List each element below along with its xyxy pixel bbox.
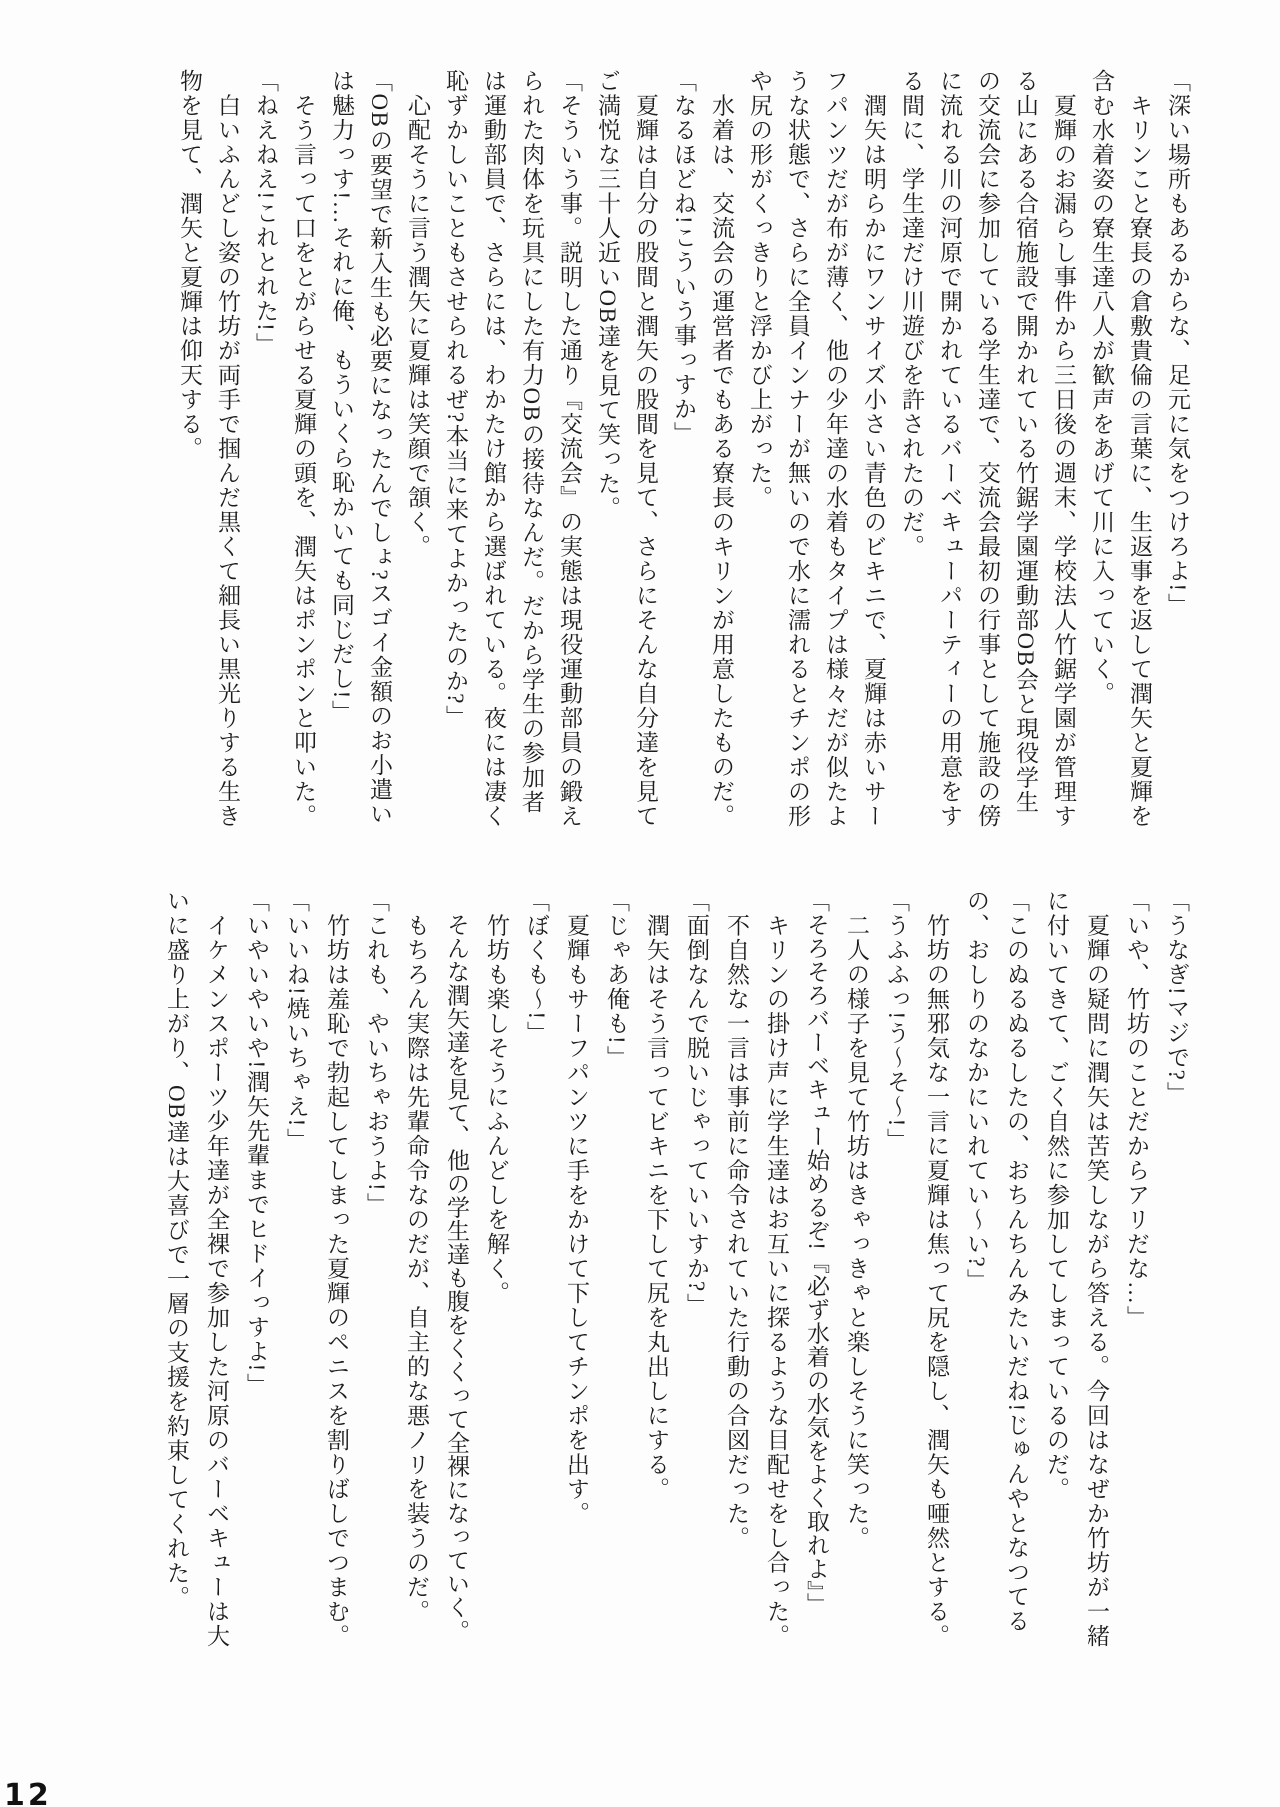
paragraph: 潤矢はそう言ってビキニを下して尻を丸出しにする。 — [636, 889, 676, 1652]
paragraph: 「なるほどね!こういう事っすか」 — [664, 69, 702, 832]
novel-page: 「深い場所もあるからな、足元に気をつけろよ!」 キリンこと寮長の倉敷貴倫の言葉に… — [0, 0, 1280, 1807]
paragraph: 夏輝は自分の股間と潤矢の股間を見て、さらにそんな自分達を見てご満悦な三十人近いO… — [588, 69, 664, 832]
paragraph: 「うなぎ!マジで?」 — [1156, 889, 1196, 1652]
paragraph: 潤矢は明らかにワンサイズ小さい青色のビキニで、夏輝は赤いサーフパンツだが布が薄く… — [740, 69, 892, 832]
paragraph: 「いや、竹坊のことだからアリだな…」 — [1116, 889, 1156, 1652]
paragraph: 夏輝もサーフパンツに手をかけて下してチンポを出す。 — [556, 889, 596, 1652]
paragraph: 「うふふっ!う〜そ〜!」 — [876, 889, 916, 1652]
paragraph: 「そろそろバーベキュー始めるぞ!『必ず水着の水気をよく取れよ』」 — [796, 889, 836, 1652]
paragraph: 「ぼくも〜!」 — [516, 889, 556, 1652]
paragraph: 「これも、やいちゃおうよ!」 — [356, 889, 396, 1652]
paragraph: 二人の様子を見て竹坊はきゃっきゃと楽しそうに笑った。 — [836, 889, 876, 1652]
paragraph: そんな潤矢達を見て、他の学生達も腹をくくって全裸になっていく。 — [436, 889, 476, 1652]
paragraph: 水着は、交流会の運営者でもある寮長のキリンが用意したものだ。 — [702, 69, 740, 832]
paragraph: 「このぬるぬるしたの、おちんちんみたいだね!じゅんやとなつてるの、おしりのなかに… — [956, 889, 1036, 1652]
paragraph: キリンこと寮長の倉敷貴倫の言葉に、生返事を返して潤矢と夏輝を含む水着姿の寮生達八… — [1082, 69, 1158, 832]
paragraph: もちろん実際は先輩命令なのだが、自主的な悪ノリを装うのだ。 — [396, 889, 436, 1652]
paragraph: 不自然な一言は事前に命令されていた行動の合図だった。 — [716, 889, 756, 1652]
paragraph: 心配そうに言う潤矢に夏輝は笑顔で頷く。 — [398, 69, 436, 832]
paragraph: 「ねえねえ!これとれた!」 — [246, 69, 284, 832]
page-number: 12 — [4, 1778, 52, 1807]
paragraph: 「面倒なんで脱いじゃっていいすか?」 — [676, 889, 716, 1652]
paragraph: 「そういう事。説明した通り『交流会』の実態は現役運動部員の鍛えられた肉体を玩具に… — [436, 69, 588, 832]
paragraph: 白いふんどし姿の竹坊が両手で掴んだ黒くて細長い黒光りする生き物を見て、潤矢と夏輝… — [170, 69, 246, 832]
paragraph: 「深い場所もあるからな、足元に気をつけろよ!」 — [1158, 69, 1196, 832]
paragraph: 「OBの要望で新入生も必要になったんでしょ?スゴイ金額のお小遣いは魅力っす!…そ… — [322, 69, 398, 832]
text-block-bottom: 「うなぎ!マジで?」 「いや、竹坊のことだからアリだな…」 夏輝の疑問に潤矢は苦… — [156, 889, 1196, 1652]
paragraph: 竹坊は羞恥で勃起してしまった夏輝のペニスを割りばしでつまむ。 — [316, 889, 356, 1652]
paragraph: 「いやいやいや!潤矢先輩までヒドイっすよ!」 — [236, 889, 276, 1652]
paragraph: 竹坊も楽しそうにふんどしを解く。 — [476, 889, 516, 1652]
paragraph: キリンの掛け声に学生達はお互いに探るような目配せをし合った。 — [756, 889, 796, 1652]
paragraph: 夏輝のお漏らし事件から三日後の週末、学校法人竹鋸学園が管理する山にある合宿施設で… — [892, 69, 1082, 832]
paragraph: 「じゃあ俺も!」 — [596, 889, 636, 1652]
paragraph: 竹坊の無邪気な一言に夏輝は焦って尻を隠し、潤矢も唖然とする。 — [916, 889, 956, 1652]
paragraph: イケメンスポーツ少年達が全裸で参加した河原のバーベキューは大いに盛り上がり、OB… — [156, 889, 236, 1652]
text-block-top: 「深い場所もあるからな、足元に気をつけろよ!」 キリンこと寮長の倉敷貴倫の言葉に… — [170, 69, 1196, 832]
paragraph: そう言って口をとがらせる夏輝の頭を、潤矢はポンポンと叩いた。 — [284, 69, 322, 832]
paragraph: 夏輝の疑問に潤矢は苦笑しながら答える。今回はなぜか竹坊が一緒に付いてきて、ごく自… — [1036, 889, 1116, 1652]
paragraph: 「いいね!焼いちゃえ!」 — [276, 889, 316, 1652]
